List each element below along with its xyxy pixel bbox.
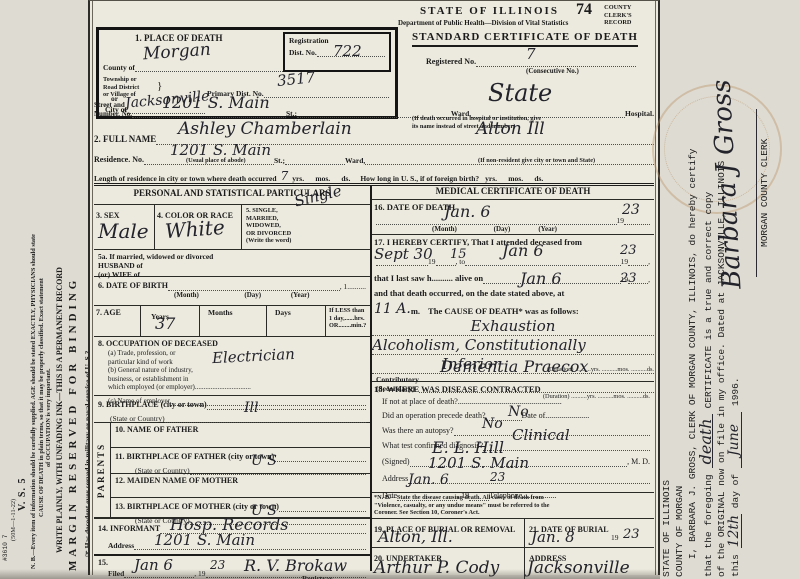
cert-month-value: June xyxy=(728,412,742,468)
attended-from-value: Sept 30 xyxy=(374,245,433,263)
to-comma: , xyxy=(648,257,650,266)
burial-date-year: 23 xyxy=(623,527,640,542)
birthplace-value: Ill xyxy=(244,400,259,416)
cert-county-line: COUNTY OF MORGAN xyxy=(673,2,686,577)
contributory-value: Dementia Praecox xyxy=(440,357,588,376)
father-birthplace-value: U S xyxy=(251,453,277,469)
dod-units: (Month) (Day) (Year) xyxy=(372,225,654,234)
record-number: 74 xyxy=(576,1,592,19)
registered-no-value: 7 xyxy=(526,45,536,63)
cert-foregoing-type: death xyxy=(699,414,713,468)
dist-no-value: 722 xyxy=(333,42,362,60)
hospital-value: State xyxy=(488,79,552,107)
to-year-prefix: 19 xyxy=(621,257,629,266)
certificate-title: STANDARD CERTIFICATE OF DEATH xyxy=(412,31,638,47)
scan-shadow xyxy=(0,569,660,579)
filed-no-label: 15. xyxy=(98,558,108,568)
how-long-units: yrs. mos. ds. xyxy=(485,174,543,183)
medical-title: MEDICAL CERTIFICATE OF DEATH xyxy=(372,185,654,200)
attended-from-year: 15 xyxy=(450,247,467,262)
cert-dayof-words: day of xyxy=(729,474,742,508)
informant-address-value: 1201 S. Main xyxy=(154,531,255,549)
stamp-number: #3610 7 xyxy=(2,2,10,577)
physician-address-value: 1201 S. Main xyxy=(428,454,529,472)
write-plainly-note: WRITE PLAINLY, WITH UNFADING INK—THIS IS… xyxy=(55,2,65,577)
margin-reserved-note: MARGIN RESERVED FOR BINDING xyxy=(67,2,80,577)
residence-st-label: St.; xyxy=(274,156,285,165)
consecutive-label: (Consecutive No.) xyxy=(526,67,579,76)
st-label: St.; xyxy=(286,109,297,118)
last-saw-comma: , xyxy=(648,275,650,284)
physician-date-line xyxy=(397,489,457,501)
personal-column: PERSONAL AND STATISTICAL PARTICULARS 3. … xyxy=(94,185,372,571)
attended-to-value: Jan 6 xyxy=(502,241,544,260)
operation-value: No xyxy=(508,404,529,420)
cert-day-value: 12th xyxy=(728,514,742,548)
age-less-label: If LESS than 1 day,......hrs. OR........… xyxy=(326,306,370,336)
last-saw-label: that I last saw h.......... alive on xyxy=(374,273,483,284)
form-code: V. S. 5 xyxy=(17,2,29,577)
birthplace-line xyxy=(207,398,366,410)
physician-date-year: 23 xyxy=(490,470,505,484)
autopsy-label: Was there an autopsy? xyxy=(382,426,454,436)
age-months-label: Months xyxy=(200,306,267,336)
last-saw-year: 23 xyxy=(620,271,637,286)
birthplace-state-line xyxy=(165,411,366,423)
length-label: Length of residence in city or town wher… xyxy=(94,174,277,183)
length-units: yrs. mos. ds. xyxy=(292,174,350,183)
cert-foregoing-post: CERTIFICATE is a true and correct copy xyxy=(702,192,715,409)
informant-label: 14. INFORMANT xyxy=(98,524,160,534)
street-value: 1201 S. Main xyxy=(162,93,270,112)
how-long-label: How long in U. S., if of foreign birth? xyxy=(360,174,479,183)
dob-tail: , 1.......... xyxy=(340,282,366,291)
burial-place-value: Alton, Ill. xyxy=(378,527,453,546)
hospital-label: Hospital. xyxy=(625,109,654,118)
father-birthplace-line xyxy=(274,450,366,462)
cause-label: The CAUSE OF DEATH* was as follows: xyxy=(428,306,579,317)
physician-date-year-line xyxy=(469,489,489,501)
last-saw-value: Jan 6 xyxy=(520,269,562,288)
state-title: STATE OF ILLINOIS xyxy=(420,5,559,18)
md-label: , M. D. xyxy=(627,457,650,467)
mother-birthplace-line xyxy=(279,500,366,512)
dist-no-label: Dist. No. xyxy=(289,48,317,57)
parents-label: PARENTS xyxy=(94,423,111,517)
death-time-suffix: m. xyxy=(411,306,420,317)
father-bp-state-label: (State or Country) xyxy=(135,466,190,475)
burial-year-prefix: 19 xyxy=(611,533,619,542)
abode-note: (Usual place of abode) xyxy=(186,157,246,165)
operation-label: Did an operation precede death? xyxy=(382,411,486,421)
nonresident-note: (If non-resident give city or town and S… xyxy=(478,157,595,165)
sex-value: Male xyxy=(98,219,149,243)
cert-foregoing-pre: that the foregoing xyxy=(702,474,715,577)
right-margin-certification: STATE OF ILLINOIS COUNTY OF MORGAN I, BA… xyxy=(660,2,794,577)
physician-date-value: Jan. 6 xyxy=(408,472,449,488)
occupation-b-label: (b) General nature of industry, business… xyxy=(94,366,370,392)
date-of-label: Date of...................... xyxy=(522,411,590,421)
telephone-label: Telephone................. xyxy=(489,491,556,501)
race-value: White xyxy=(164,215,225,243)
physician-address-label: Address xyxy=(382,474,408,484)
clerk-title: MORGAN COUNTY CLERK xyxy=(756,109,770,277)
age-label: 7. AGE xyxy=(94,306,141,336)
marital-label: 5. SINGLE, MARRIED, WIDOWED, OR DIVORCED… xyxy=(242,205,370,249)
department-label: Department of Public Health—Division of … xyxy=(398,19,568,28)
registration-box: Registration Dist. No. 722 xyxy=(283,32,391,72)
dod-line xyxy=(376,213,617,225)
township-brace: } xyxy=(157,80,162,93)
full-name-label: 2. FULL NAME xyxy=(94,134,156,145)
nb-note-line1: N. B.—Every item of information should b… xyxy=(30,2,38,577)
autopsy-value: No xyxy=(482,416,503,432)
death-certificate-scan: #3610 7 (50M—1-11-22) V. S. 5 N. B.—Ever… xyxy=(0,0,800,579)
dod-value: Jan. 6 xyxy=(444,202,491,221)
street-label: Street and Number, No. xyxy=(94,101,132,118)
full-name-value: Ashley Chamberlain xyxy=(178,119,352,139)
physician-date-year-prefix: , 19 xyxy=(457,491,469,501)
county-clerk-record-label: COUNTY CLERK'S RECORD xyxy=(604,4,632,27)
dod-label: 16. DATE OF DEATH xyxy=(372,200,654,213)
dob-label: 6. DATE OF BIRTH xyxy=(98,281,168,291)
registered-no-line xyxy=(476,55,636,67)
cause-line2: Alcoholism, Constitutionally xyxy=(372,336,654,355)
informant-address-label: Address xyxy=(108,541,134,550)
cert-year-value: 1996. xyxy=(729,377,742,406)
birthplace-state-label: (State or Country) xyxy=(110,414,165,423)
death-time-value: 11 A. xyxy=(374,301,411,317)
nb-note-line2: CAUSE OF DEATH in plain terms, so that i… xyxy=(38,2,46,577)
ward-city-value: Alton Ill xyxy=(476,119,545,139)
dod-year-value: 23 xyxy=(622,202,640,218)
length-value: 7 xyxy=(281,169,289,183)
cert-certify-line: I, BARBARA J. GROSS, CLERK OF MORGAN COU… xyxy=(686,2,699,577)
birthplace-label: 9. BIRTHPLACE (city or town) xyxy=(98,400,207,410)
certificate-form: 1. PLACE OF DEATH Registration Dist. No.… xyxy=(88,0,660,575)
residence-label: Residence. No. xyxy=(94,155,144,165)
residence-ward-label: Ward, xyxy=(345,156,365,165)
cause-line1: Exhaustion xyxy=(372,317,654,336)
test-value: Clinical xyxy=(512,426,570,444)
occurred-label: and that death occurred, on the date sta… xyxy=(372,284,654,299)
print-code: (50M—1-11-22) xyxy=(10,2,18,577)
nb-note-line3: of OCCUPATION is very important. xyxy=(45,2,53,577)
father-bp-state-line xyxy=(190,463,366,475)
physician-date-label: Date xyxy=(382,491,397,501)
father-name-label: 10. NAME OF FATHER xyxy=(111,423,370,448)
cert-state-line: STATE OF ILLINOIS xyxy=(660,2,673,577)
left-margin: #3610 7 (50M—1-11-22) V. S. 5 N. B.—Ever… xyxy=(2,2,88,577)
dob-line xyxy=(168,279,340,291)
cert-this-word: this xyxy=(729,554,742,577)
age-years-value: 37 xyxy=(155,314,175,333)
age-days-label: Days xyxy=(267,306,326,336)
attended-to-year: 23 xyxy=(620,243,637,258)
medical-column: MEDICAL CERTIFICATE OF DEATH 16. DATE OF… xyxy=(372,185,654,573)
registered-no-label: Registered No. xyxy=(426,57,476,67)
signed-label: (Signed) xyxy=(382,457,410,467)
dob-units: (Month) (Day) (Year) xyxy=(94,291,370,300)
burial-date-value: Jan. 8 xyxy=(531,528,575,546)
where-label: 18. WHERE WAS DISEASE CONTRACTED xyxy=(372,382,654,395)
county-label: County of xyxy=(103,63,135,72)
mother-name-label: 12. MAIDEN NAME OF MOTHER xyxy=(111,474,370,498)
residence-line-b xyxy=(285,153,345,165)
husband-wife-label: 5a. If married, widowed or divorced HUSB… xyxy=(94,250,370,277)
